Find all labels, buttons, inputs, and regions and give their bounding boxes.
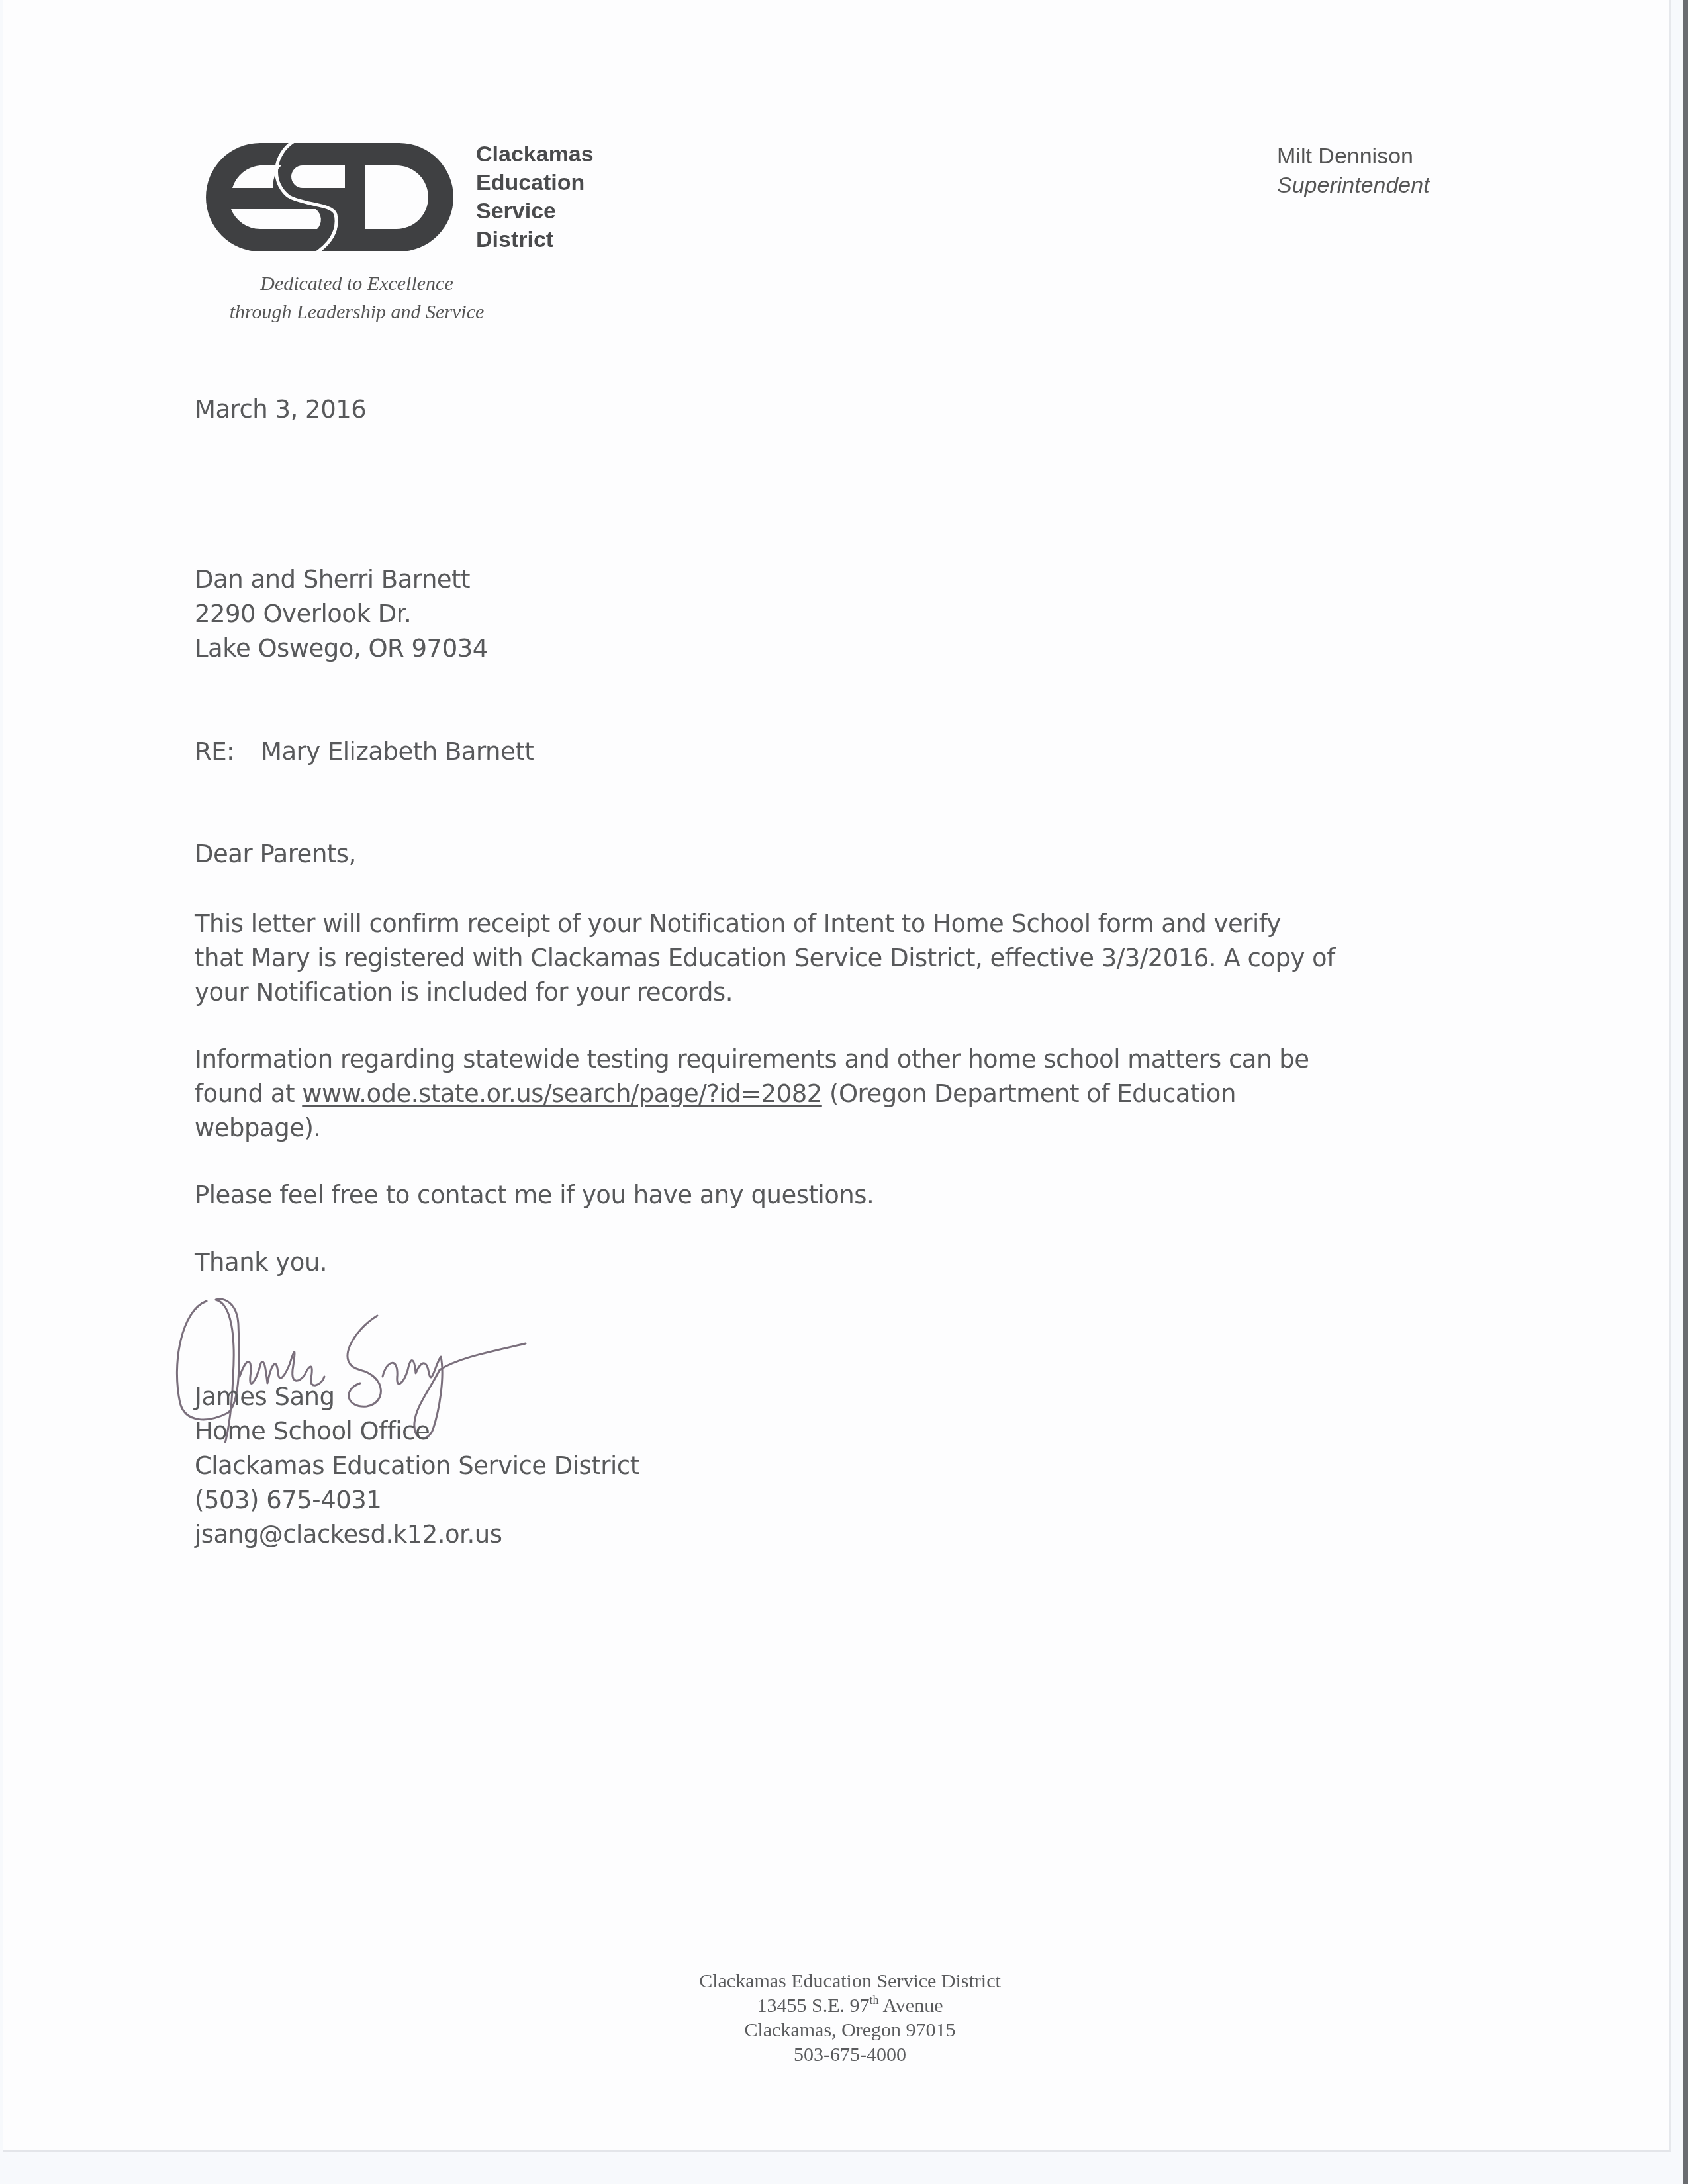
closing: Thank you. (195, 1246, 327, 1280)
signer-phone: (503) 675-4031 (195, 1483, 639, 1518)
link-prefix: found at (195, 1079, 302, 1108)
recipient-street: 2290 Overlook Dr. (195, 597, 488, 631)
superintendent-name: Milt Dennison (1277, 142, 1430, 171)
footer-street: 13455 S.E. 97th Avenue (598, 1993, 1102, 2018)
superintendent-block: Milt Dennison Superintendent (1277, 142, 1430, 200)
footer-city: Clackamas, Oregon 97015 (598, 2018, 1102, 2042)
recipient-name: Dan and Sherri Barnett (195, 563, 488, 597)
signer-email: jsang@clackesd.k12.or.us (195, 1518, 639, 1552)
paragraph-line: webpage). (195, 1111, 1309, 1146)
paragraph-line: Information regarding statewide testing … (195, 1042, 1309, 1077)
tagline-line: Dedicated to Excellence (195, 269, 519, 298)
recipient-city: Lake Oswego, OR 97034 (195, 631, 488, 666)
paragraph-line: found at www.ode.state.or.us/search/page… (195, 1077, 1309, 1111)
org-name-line: Service (476, 197, 594, 226)
footer-street-number: 13455 S.E. 97 (757, 1995, 870, 2017)
link-suffix: (Oregon Department of Education (822, 1079, 1236, 1108)
footer-street-name: Avenue (879, 1995, 943, 2017)
letterhead-footer: Clackamas Education Service District 134… (598, 1969, 1102, 2067)
paragraph-information: Information regarding statewide testing … (195, 1042, 1309, 1146)
salutation: Dear Parents, (195, 837, 356, 872)
signer-organization: Clackamas Education Service District (195, 1449, 639, 1483)
org-name-line: Education (476, 169, 594, 197)
recipient-address: Dan and Sherri Barnett 2290 Overlook Dr.… (195, 563, 488, 666)
esd-logo-icon (203, 140, 456, 254)
paragraph-line: that Mary is registered with Clackamas E… (195, 941, 1335, 976)
re-line: RE:Mary Elizabeth Barnett (195, 735, 534, 769)
org-name: Clackamas Education Service District (476, 140, 594, 254)
esd-logo (203, 140, 456, 254)
paragraph-contact: Please feel free to contact me if you ha… (195, 1178, 874, 1212)
footer-organization: Clackamas Education Service District (598, 1969, 1102, 1993)
tagline: Dedicated to Excellence through Leadersh… (195, 269, 519, 326)
paragraph-confirmation: This letter will confirm receipt of your… (195, 907, 1335, 1010)
signer-name: James Sang (195, 1380, 639, 1414)
footer-phone: 503-675-4000 (598, 2042, 1102, 2067)
paragraph-line: This letter will confirm receipt of your… (195, 907, 1335, 941)
tagline-line: through Leadership and Service (195, 298, 519, 326)
re-subject: Mary Elizabeth Barnett (261, 737, 534, 766)
letter-date: March 3, 2016 (195, 392, 366, 427)
org-name-line: District (476, 226, 594, 254)
ode-webpage-link[interactable]: www.ode.state.or.us/search/page/?id=2082 (302, 1079, 822, 1108)
paragraph-line: your Notification is included for your r… (195, 976, 1335, 1010)
superintendent-title: Superintendent (1277, 171, 1430, 200)
re-label: RE: (195, 735, 261, 769)
signature-block: James Sang Home School Office Clackamas … (195, 1380, 639, 1552)
signer-office: Home School Office (195, 1414, 639, 1449)
scan-edge (1683, 0, 1688, 2184)
footer-street-suffix: th (870, 1993, 879, 2007)
org-name-line: Clackamas (476, 140, 594, 169)
letter-page: Clackamas Education Service District Ded… (3, 0, 1671, 2152)
